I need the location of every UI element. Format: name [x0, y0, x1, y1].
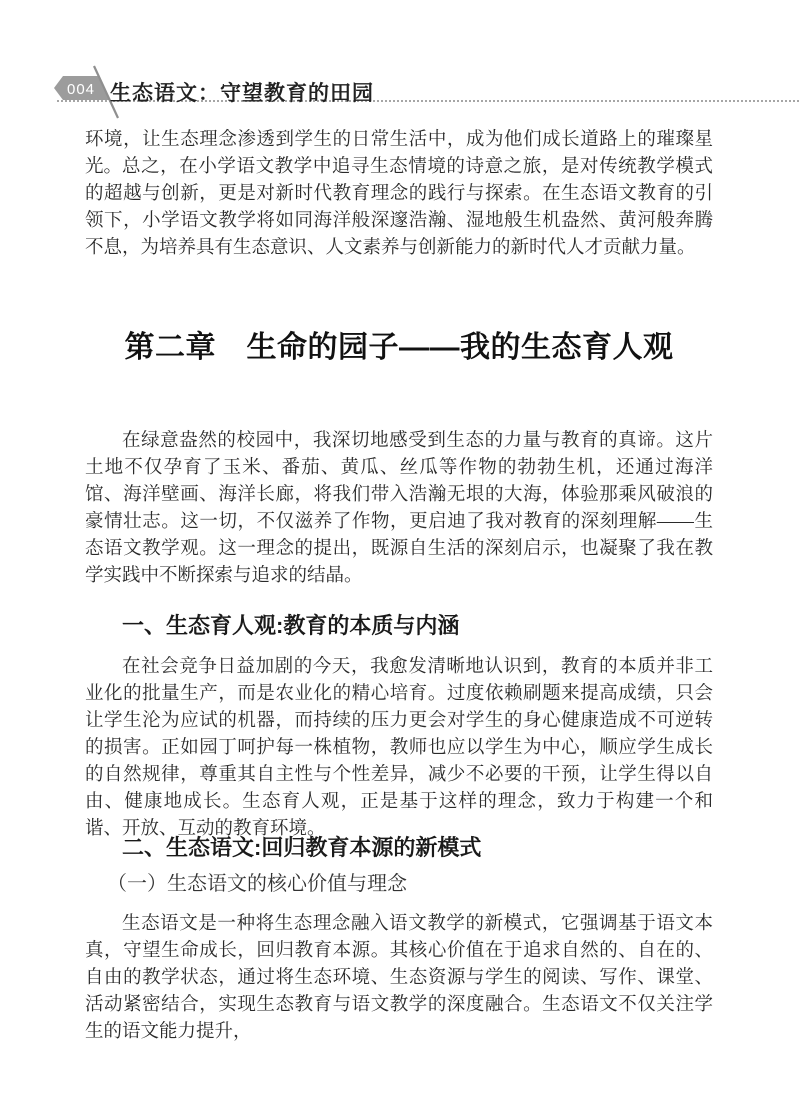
page-number-text: 004 [67, 81, 95, 98]
book-page: 004 生态语文：守望教育的田园 环境，让生态理念渗透到学生的日常生活中，成为他… [0, 0, 799, 1118]
paragraph-chapter1-closing: 总之，在小学语文教学中追寻生态情境的诗意之旅，是对传统教学模式的超越与创新，更是… [85, 154, 713, 262]
paragraph-subsection-2-1: 生态语文是一种将生态理念融入语文教学的新模式，它强调基于语文本真，守望生命成长，… [85, 911, 713, 1046]
running-head-title: 生态语文：守望教育的田园 [110, 77, 374, 107]
paragraph-section-1: 在社会竞争日益加剧的今天，我愈发清晰地认识到，教育的本质并非工业化的批量生产，而… [85, 654, 713, 843]
section-heading-1: 一、生态育人观:教育的本质与内涵 [85, 609, 750, 640]
subsection-heading-2-1: （一）生态语文的核心价值与理念 [85, 867, 735, 896]
chapter-title: 第二章 生命的园子——我的生态育人观 [85, 322, 713, 366]
paragraph-chapter-intro: 在绿意盎然的校园中，我深切地感受到生态的力量与教育的真谛。这片土地不仅孕育了玉米… [85, 428, 713, 590]
section-heading-2: 二、生态语文:回归教育本源的新模式 [85, 831, 750, 862]
